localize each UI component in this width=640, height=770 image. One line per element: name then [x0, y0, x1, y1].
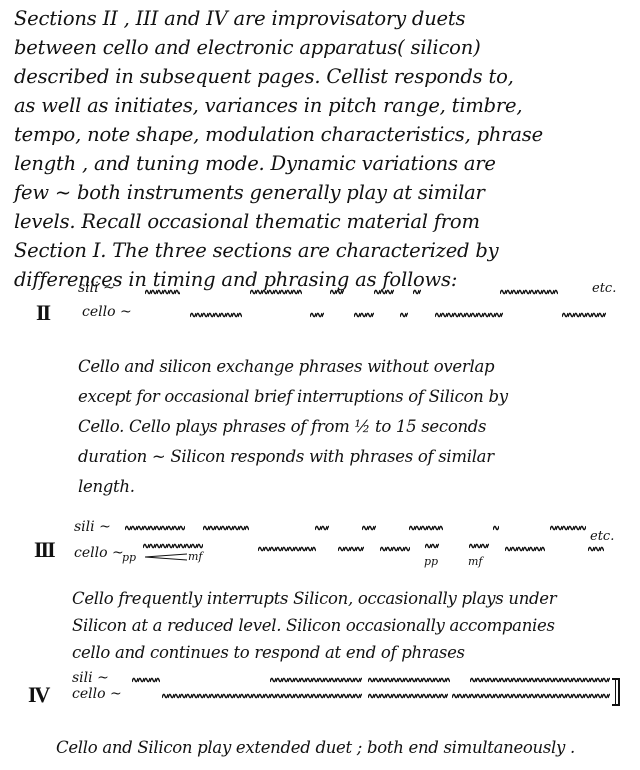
- sili-label: sili ~: [72, 670, 109, 686]
- sili-phrase: [409, 524, 443, 532]
- cello-phrase: [258, 545, 316, 553]
- cello-phrase: [310, 311, 324, 319]
- cello-phrase: [452, 692, 610, 700]
- cello-label: cello ~: [82, 304, 132, 320]
- cello-phrase: [190, 311, 242, 319]
- section-ii-score: sili ~ II cello ~ etc.: [0, 278, 640, 328]
- sili-phrase: [470, 676, 610, 684]
- intro-line: Section I. The three sections are charac…: [14, 236, 636, 265]
- cello-label: cello ~: [74, 545, 124, 561]
- section-numeral: II: [36, 300, 49, 326]
- cello-phrase: [380, 545, 410, 553]
- section-numeral: IV: [28, 682, 48, 708]
- sili-phrase: [125, 524, 185, 532]
- cello-label: cello ~: [72, 686, 122, 702]
- sili-phrase: [368, 676, 450, 684]
- dynamic-mf: mf: [188, 550, 203, 563]
- sili-label: sili ~: [78, 280, 115, 296]
- section-iii-score: sili ~ III cello ~ etc. pp mf pp mf: [0, 515, 640, 575]
- sili-phrase: [330, 288, 344, 296]
- sili-phrase: [203, 524, 249, 532]
- description-line: except for occasional brief interruption…: [78, 382, 508, 412]
- sili-phrase: [413, 288, 421, 296]
- cello-phrase: [505, 545, 545, 553]
- intro-line: as well as initiates, variances in pitch…: [14, 91, 636, 120]
- description-line: Cello and Silicon play extended duet ; b…: [56, 733, 575, 763]
- cello-phrase: [400, 311, 408, 319]
- intro-line: tempo, note shape, modulation characteri…: [14, 120, 636, 149]
- description-line: length.: [78, 472, 508, 502]
- intro-line: few ~ both instruments generally play at…: [14, 178, 636, 207]
- dynamic-pp: pp: [424, 555, 438, 568]
- dynamic-mf: mf: [468, 555, 483, 568]
- sili-phrase: [132, 676, 160, 684]
- sili-label: sili ~: [74, 519, 111, 535]
- dynamic-pp: pp: [122, 551, 136, 564]
- cello-phrase: [562, 311, 606, 319]
- sili-phrase: [362, 524, 376, 532]
- description-line: cello and continues to respond at end of…: [72, 639, 556, 666]
- section-iii-description: Cello frequently interrupts Silicon, occ…: [72, 585, 556, 666]
- cello-phrase: [354, 311, 374, 319]
- final-barline-icon: [612, 678, 620, 706]
- section-ii-description: Cello and silicon exchange phrases witho…: [78, 352, 508, 502]
- cello-phrase: [435, 311, 503, 319]
- cello-phrase: [162, 692, 362, 700]
- sili-phrase: [550, 524, 586, 532]
- sili-phrase: [270, 676, 362, 684]
- cello-phrase: [143, 542, 203, 550]
- sili-phrase: [374, 288, 394, 296]
- cello-phrase: [368, 692, 448, 700]
- intro-line: levels. Recall occasional thematic mater…: [14, 207, 636, 236]
- cello-phrase: [338, 545, 364, 553]
- cello-phrase: [588, 545, 604, 553]
- sili-phrase: [315, 524, 329, 532]
- cello-phrase: [469, 542, 489, 550]
- intro-line: length , and tuning mode. Dynamic variat…: [14, 149, 636, 178]
- sili-phrase: [500, 288, 558, 296]
- section-numeral: III: [34, 537, 54, 563]
- sili-phrase: [493, 524, 499, 532]
- description-line: Silicon at a reduced level. Silicon occa…: [72, 612, 556, 639]
- intro-line: between cello and electronic apparatus( …: [14, 33, 636, 62]
- description-line: duration ~ Silicon responds with phrases…: [78, 442, 508, 472]
- description-line: Cello frequently interrupts Silicon, occ…: [72, 585, 556, 612]
- description-line: Cello. Cello plays phrases of from ½ to …: [78, 412, 508, 442]
- cello-phrase: [425, 542, 439, 550]
- intro-line: described in subsequent pages. Cellist r…: [14, 62, 636, 91]
- intro-line: Sections II , III and IV are improvisato…: [14, 4, 636, 33]
- etc-mark: etc.: [590, 529, 614, 544]
- section-iv-score: sili ~ IV cello ~: [0, 672, 640, 712]
- etc-mark: etc.: [592, 281, 616, 296]
- description-line: Cello and silicon exchange phrases witho…: [78, 352, 508, 382]
- sili-phrase: [145, 288, 180, 296]
- sili-phrase: [250, 288, 302, 296]
- section-iv-description: Cello and Silicon play extended duet ; b…: [56, 733, 575, 763]
- crescendo-hairpin: [145, 553, 187, 561]
- intro-paragraph: Sections II , III and IV are improvisato…: [14, 4, 636, 294]
